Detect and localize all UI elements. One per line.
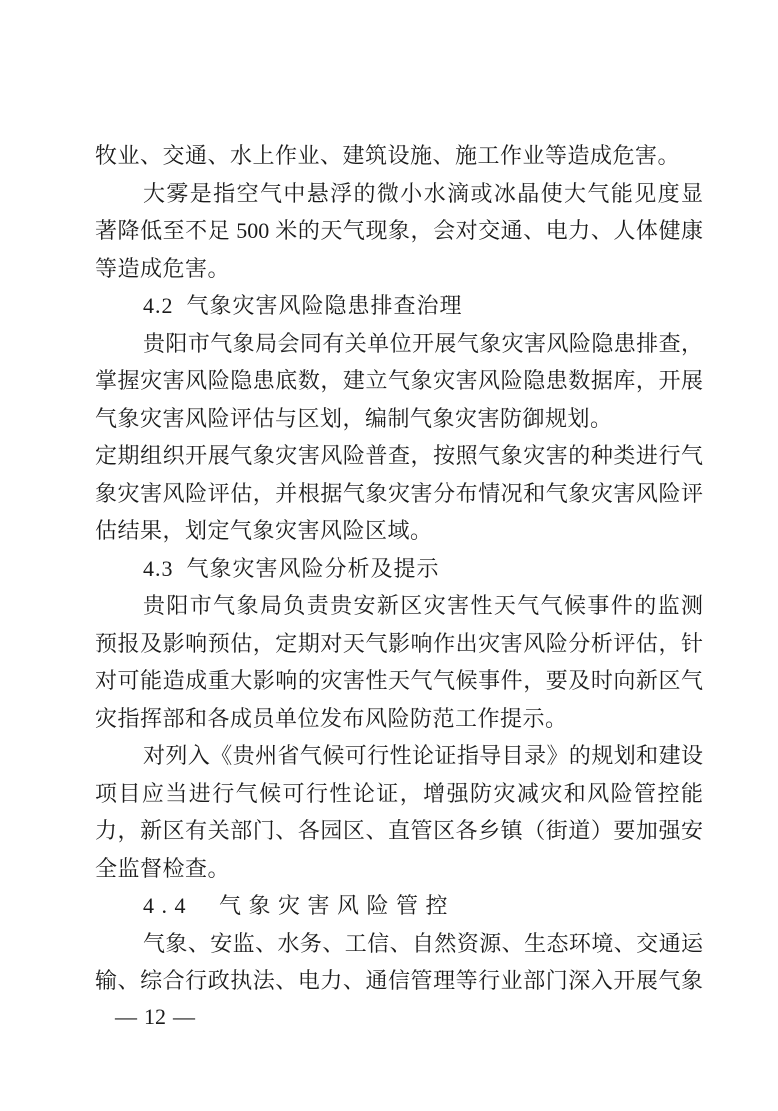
page-number-dash-left: — <box>115 1004 137 1029</box>
text-line: 输、综合行政执法、电力、通信管理等行业部门深入开展气象 <box>95 962 703 1000</box>
text-line: 等造成危害。 <box>95 250 703 288</box>
page-number-dash-right: — <box>173 1004 195 1029</box>
page-number: —12— <box>115 1002 195 1032</box>
text-line: 牧业、交通、水上作业、建筑设施、施工作业等造成危害。 <box>95 137 703 175</box>
text-line: 著降低至不足 500 米的天气现象，会对交通、电力、人体健康 <box>95 212 703 250</box>
page-number-value: 12 <box>144 1004 166 1029</box>
text-line: 大雾是指空气中悬浮的微小水滴或冰晶使大气能见度显 <box>95 175 703 213</box>
document-page: 牧业、交通、水上作业、建筑设施、施工作业等造成危害。大雾是指空气中悬浮的微小水滴… <box>0 0 778 1111</box>
text-line: 全监督检查。 <box>95 850 703 888</box>
text-line: 对列入《贵州省气候可行性论证指导目录》的规划和建设 <box>95 737 703 775</box>
text-line: 贵阳市气象局会同有关单位开展气象灾害风险隐患排查， <box>95 325 703 363</box>
section-heading: 4.4 气象灾害风险管控 <box>95 887 703 925</box>
text-line: 项目应当进行气候可行性论证，增强防灾减灾和风险管控能 <box>95 775 703 813</box>
text-line: 预报及影响预估，定期对天气影响作出灾害风险分析评估，针 <box>95 625 703 663</box>
section-heading: 4.3 气象灾害风险分析及提示 <box>95 550 703 588</box>
text-line: 气象、安监、水务、工信、自然资源、生态环境、交通运 <box>95 925 703 963</box>
text-line: 估结果，划定气象灾害风险区域。 <box>95 512 703 550</box>
text-line: 定期组织开展气象灾害风险普查，按照气象灾害的种类进行气 <box>95 437 703 475</box>
text-line: 象灾害风险评估，并根据气象灾害分布情况和气象灾害风险评 <box>95 475 703 513</box>
text-line: 气象灾害风险评估与区划，编制气象灾害防御规划。 <box>95 400 703 438</box>
text-line: 力，新区有关部门、各园区、直管区各乡镇（街道）要加强安 <box>95 812 703 850</box>
section-heading: 4.2 气象灾害风险隐患排查治理 <box>95 287 703 325</box>
document-body: 牧业、交通、水上作业、建筑设施、施工作业等造成危害。大雾是指空气中悬浮的微小水滴… <box>95 137 703 1000</box>
text-line: 对可能造成重大影响的灾害性天气气候事件，要及时向新区气 <box>95 662 703 700</box>
text-line: 掌握灾害风险隐患底数，建立气象灾害风险隐患数据库，开展 <box>95 362 703 400</box>
text-line: 贵阳市气象局负责贵安新区灾害性天气气候事件的监测 <box>95 587 703 625</box>
text-line: 灾指挥部和各成员单位发布风险防范工作提示。 <box>95 700 703 738</box>
